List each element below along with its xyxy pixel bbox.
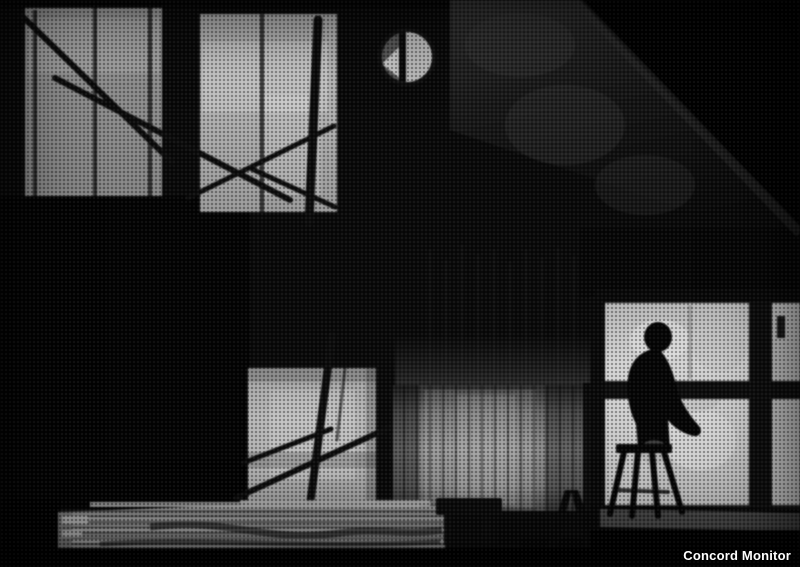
photograph: Concord Monitor <box>0 0 800 567</box>
round-window <box>378 28 436 86</box>
photo-credit: Concord Monitor <box>683 548 791 563</box>
photo-scene <box>0 0 800 567</box>
worker-head <box>644 322 672 352</box>
bottom-black-edge <box>0 558 800 567</box>
